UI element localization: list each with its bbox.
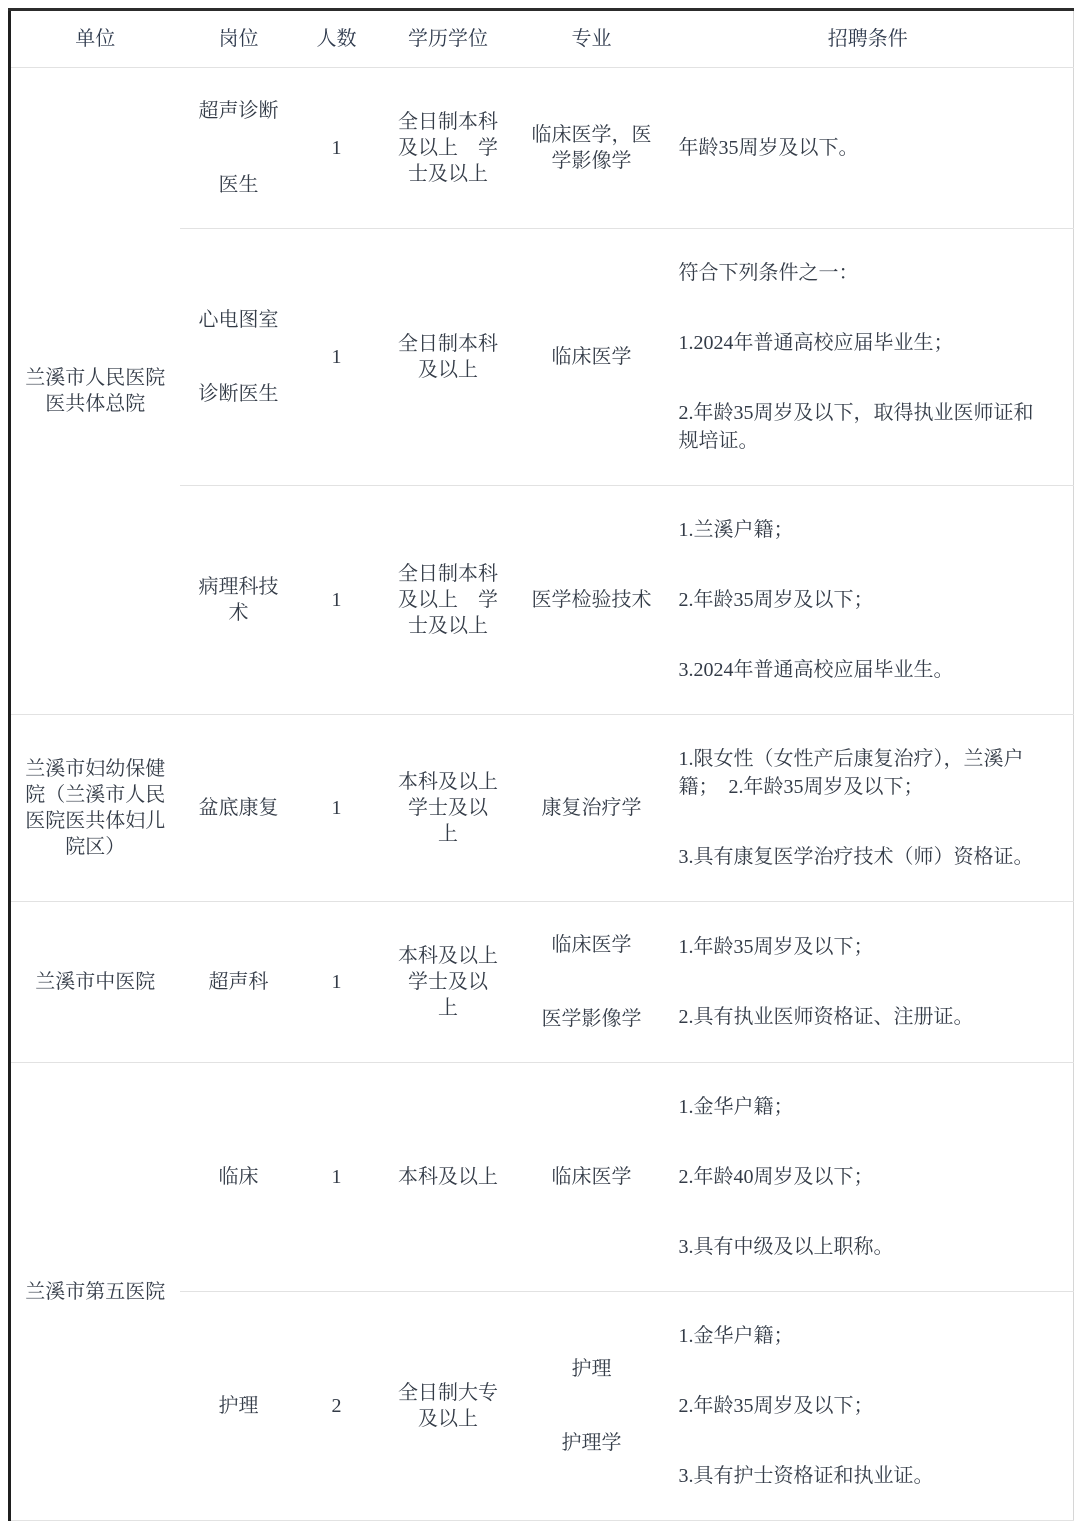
cell-count: 1 [298,715,376,902]
position-line: 临床 [186,1164,292,1190]
position-line: 超声诊断 [186,98,292,124]
cell-major: 临床医学 [521,1063,663,1292]
major-line: 医学检验技术 [527,587,657,613]
cell-count: 2 [298,1292,376,1521]
cell-count: 1 [298,1063,376,1292]
recruitment-table-container: 单位 岗位 人数 学历学位 专业 招聘条件 兰溪市人民医院 医共体总院 超声诊断… [8,8,1074,1521]
header-major: 专业 [521,10,663,68]
condition-line: 1.兰溪户籍； [679,516,1046,544]
position-line: 护理 [186,1393,292,1419]
header-education: 学历学位 [376,10,521,68]
cell-education: 全日制大专 及以上 [376,1292,521,1521]
condition-line: 1.金华户籍； [679,1322,1046,1350]
table-row: 兰溪市人民医院 医共体总院 超声诊断 医生 1 全日制本科 及以上 学 士及以上… [10,68,1074,229]
major-line: 护理学 [527,1430,657,1456]
cell-conditions: 年龄35周岁及以下。 [663,68,1074,229]
cell-unit: 兰溪市中医院 [10,902,180,1063]
header-conditions: 招聘条件 [663,10,1074,68]
cell-major: 临床医学 医学影像学 [521,902,663,1063]
cell-count: 1 [298,68,376,229]
condition-line: 2.年龄35周岁及以下； [679,1392,1046,1420]
cell-position: 超声诊断 医生 [180,68,298,229]
position-line: 盆底康复 [186,795,292,821]
cell-position: 护理 [180,1292,298,1521]
cell-count: 1 [298,486,376,715]
cell-position: 超声科 [180,902,298,1063]
condition-line: 2.年龄40周岁及以下； [679,1163,1046,1191]
table-row: 兰溪市中医院 超声科 1 本科及以上 学士及以 上 临床医学 医学影像学 1.年… [10,902,1074,1063]
condition-line: 1.限女性（女性产后康复治疗），兰溪户籍； 2.年龄35周岁及以下； [679,745,1046,801]
cell-education: 全日制本科 及以上 学 士及以上 [376,68,521,229]
cell-conditions: 符合下列条件之一： 1.2024年普通高校应届毕业生； 2.年龄35周岁及以下，… [663,229,1074,486]
cell-unit: 兰溪市第五医院 [10,1063,180,1521]
position-line: 超声科 [186,969,292,995]
cell-education: 全日制本科 及以上 学 士及以上 [376,486,521,715]
cell-conditions: 1.金华户籍； 2.年龄40周岁及以下； 3.具有中级及以上职称。 [663,1063,1074,1292]
cell-unit: 兰溪市人民医院 医共体总院 [10,68,180,715]
major-line: 护理 [527,1356,657,1382]
cell-conditions: 1.限女性（女性产后康复治疗），兰溪户籍； 2.年龄35周岁及以下； 3.具有康… [663,715,1074,902]
recruitment-table: 单位 岗位 人数 学历学位 专业 招聘条件 兰溪市人民医院 医共体总院 超声诊断… [8,8,1074,1521]
cell-major: 临床医学，医 学影像学 [521,68,663,229]
major-line: 医学影像学 [527,1006,657,1032]
condition-line: 3.具有中级及以上职称。 [679,1233,1046,1261]
major-line: 康复治疗学 [527,795,657,821]
cell-major: 康复治疗学 [521,715,663,902]
condition-line: 3.具有康复医学治疗技术（师）资格证。 [679,843,1046,871]
condition-line: 符合下列条件之一： [679,259,1046,287]
cell-major: 医学检验技术 [521,486,663,715]
major-line: 临床医学 [527,932,657,958]
condition-line: 年龄35周岁及以下。 [679,134,1046,162]
cell-conditions: 1.年龄35周岁及以下； 2.具有执业医师资格证、注册证。 [663,902,1074,1063]
cell-education: 本科及以上 学士及以 上 [376,902,521,1063]
cell-unit: 兰溪市妇幼保健 院（兰溪市人民 医院医共体妇儿 院区） [10,715,180,902]
condition-line: 3.具有护士资格证和执业证。 [679,1462,1046,1490]
cell-education: 本科及以上 [376,1063,521,1292]
header-position: 岗位 [180,10,298,68]
table-row: 兰溪市妇幼保健 院（兰溪市人民 医院医共体妇儿 院区） 盆底康复 1 本科及以上… [10,715,1074,902]
condition-line: 1.金华户籍； [679,1093,1046,1121]
cell-position: 临床 [180,1063,298,1292]
condition-line: 1.2024年普通高校应届毕业生； [679,329,1046,357]
major-line: 临床医学，医 学影像学 [527,122,657,174]
condition-line: 2.年龄35周岁及以下，取得执业医师证和规培证。 [679,399,1046,455]
table-row: 兰溪市第五医院 临床 1 本科及以上 临床医学 1.金华户籍； 2.年龄40周岁… [10,1063,1074,1292]
cell-count: 1 [298,229,376,486]
cell-conditions: 1.兰溪户籍； 2.年龄35周岁及以下； 3.2024年普通高校应届毕业生。 [663,486,1074,715]
position-line: 诊断医生 [186,381,292,407]
condition-line: 2.年龄35周岁及以下； [679,586,1046,614]
position-line: 心电图室 [186,307,292,333]
major-line: 临床医学 [527,344,657,370]
condition-line: 1.年龄35周岁及以下； [679,933,1046,961]
cell-position: 盆底康复 [180,715,298,902]
position-line: 医生 [186,172,292,198]
header-count: 人数 [298,10,376,68]
condition-line: 2.具有执业医师资格证、注册证。 [679,1003,1046,1031]
cell-conditions: 1.金华户籍； 2.年龄35周岁及以下； 3.具有护士资格证和执业证。 [663,1292,1074,1521]
position-line: 病理科技 术 [186,574,292,626]
header-row: 单位 岗位 人数 学历学位 专业 招聘条件 [10,10,1074,68]
cell-major: 护理 护理学 [521,1292,663,1521]
major-line: 临床医学 [527,1164,657,1190]
header-unit: 单位 [10,10,180,68]
cell-position: 病理科技 术 [180,486,298,715]
cell-count: 1 [298,902,376,1063]
cell-position: 心电图室 诊断医生 [180,229,298,486]
cell-education: 本科及以上 学士及以 上 [376,715,521,902]
cell-major: 临床医学 [521,229,663,486]
cell-education: 全日制本科 及以上 [376,229,521,486]
condition-line: 3.2024年普通高校应届毕业生。 [679,656,1046,684]
